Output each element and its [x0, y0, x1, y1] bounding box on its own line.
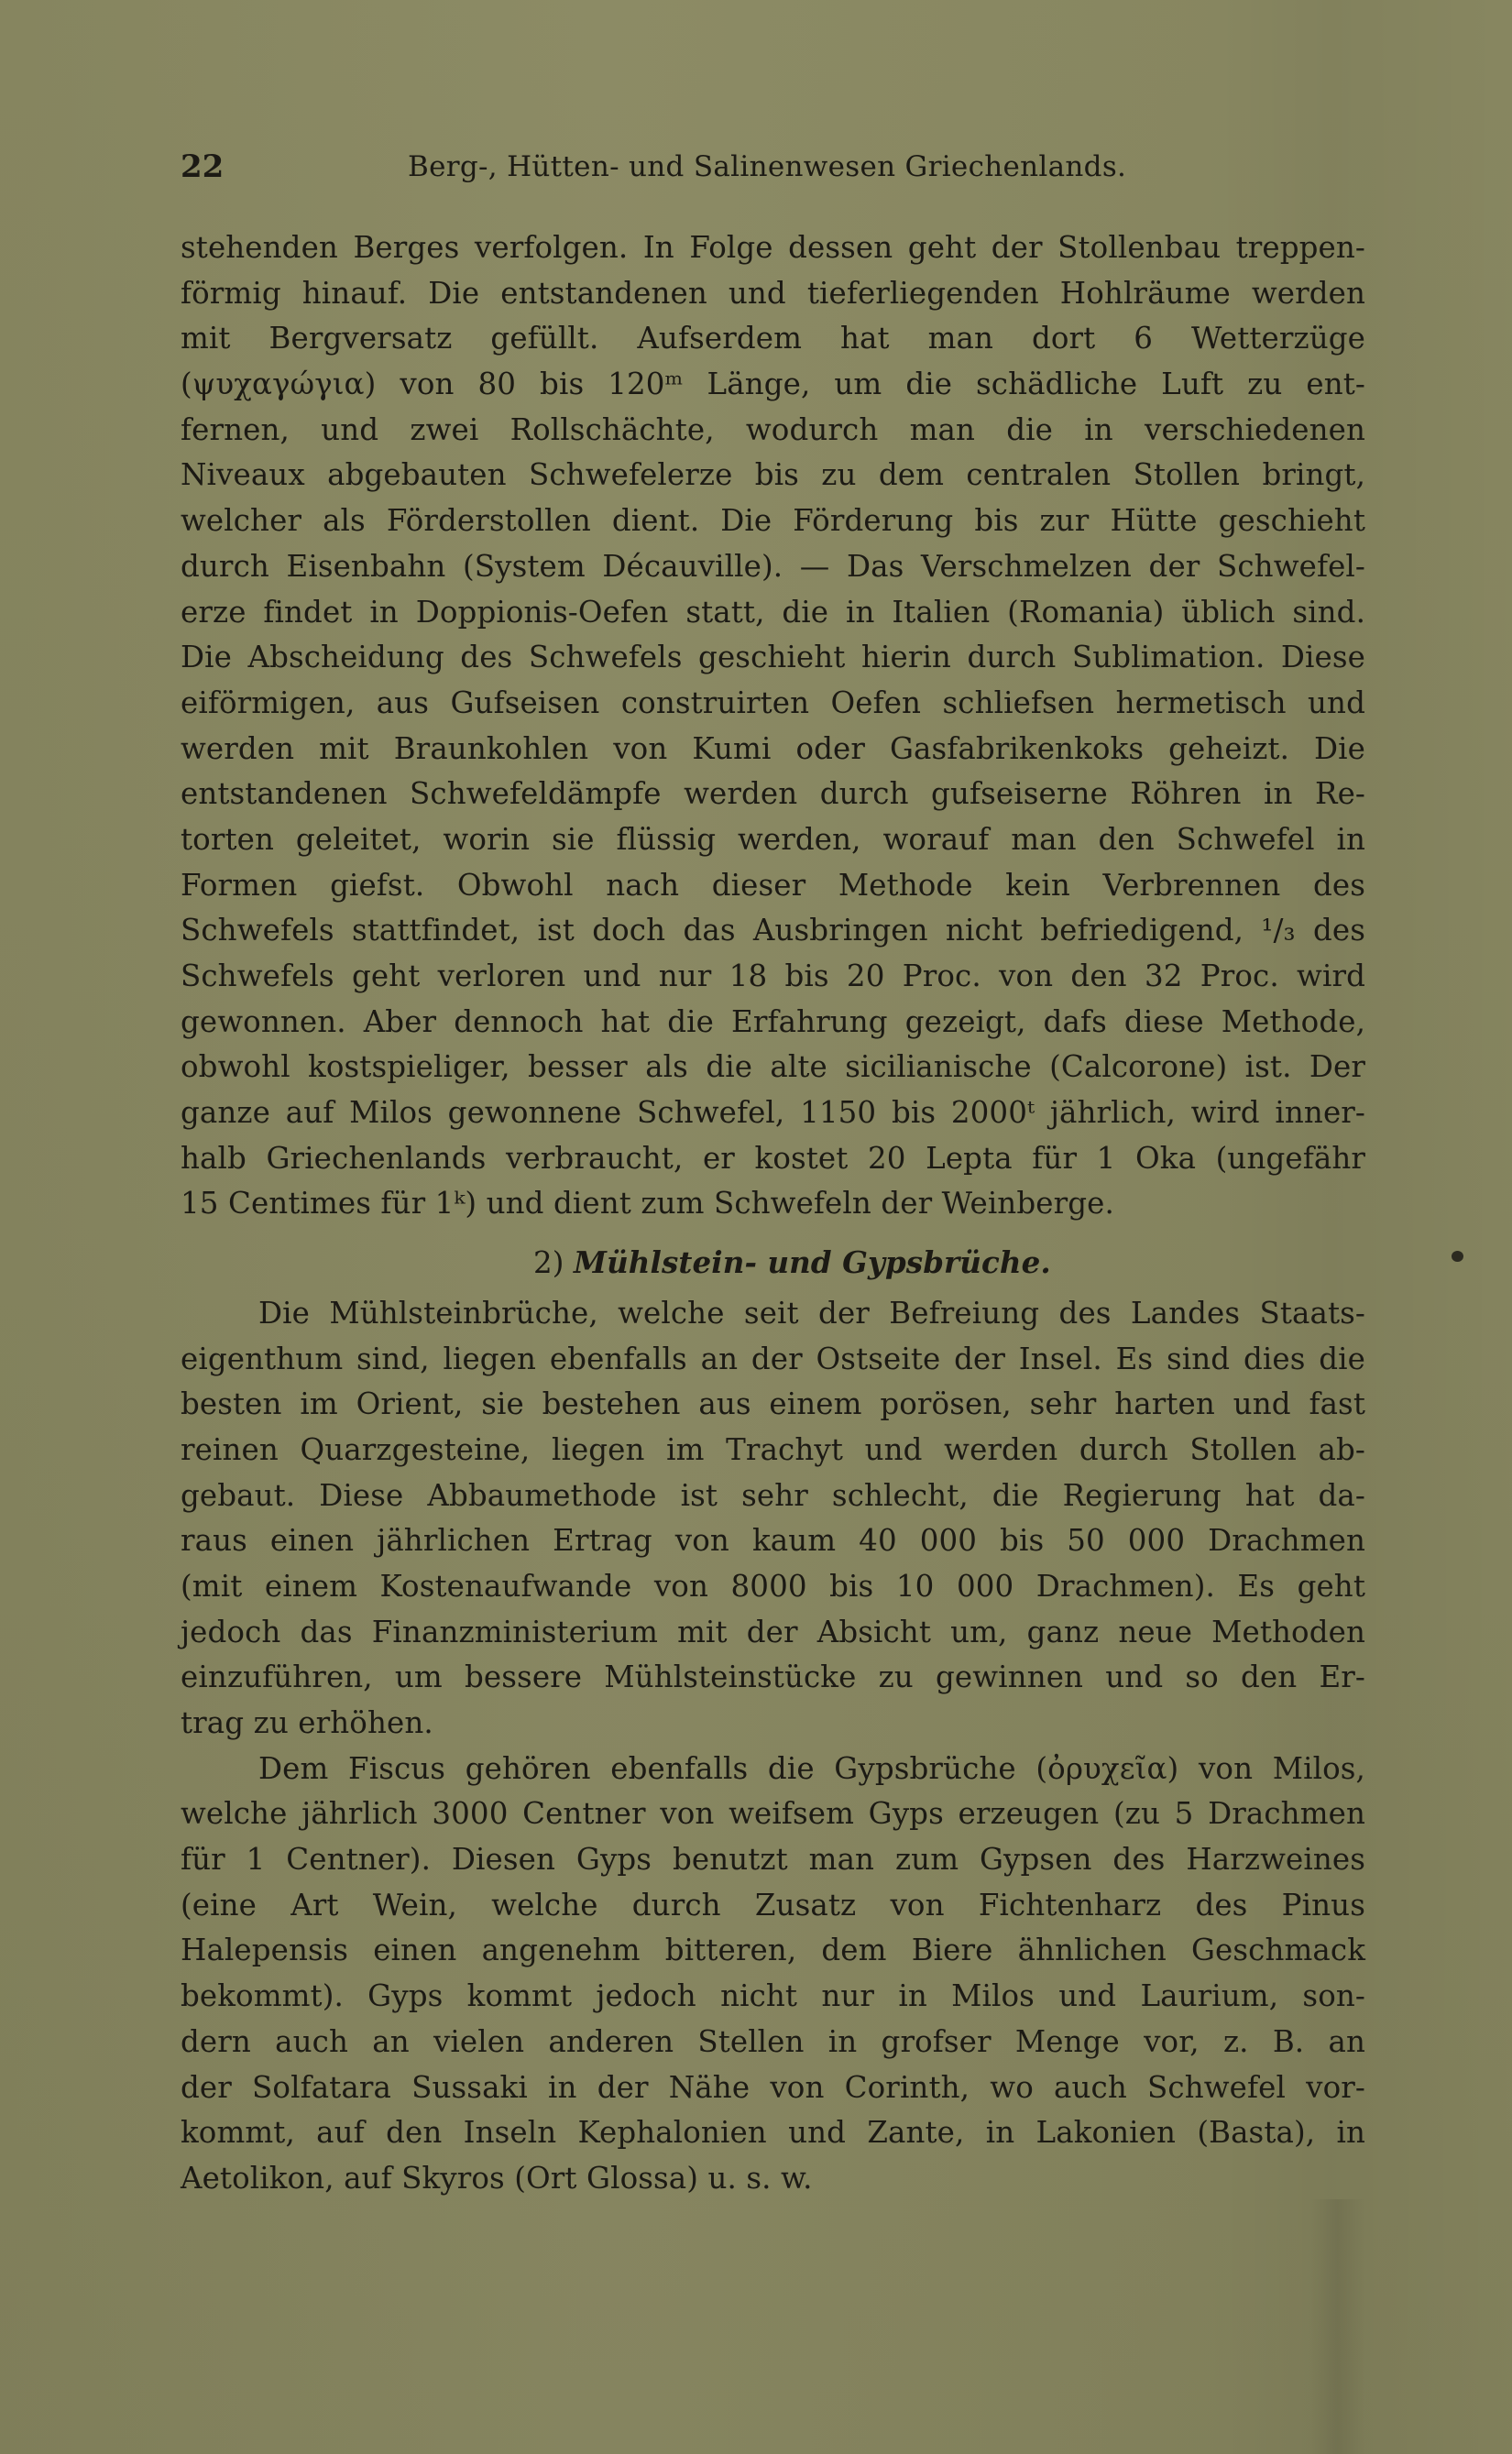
text-line: reinen Quarzgesteine, liegen im Trachyt …: [181, 1428, 1365, 1473]
section-title: Mühlstein- und Gypsbrüche.: [574, 1244, 1051, 1280]
text-line: gewonnen. Aber dennoch hat die Erfahrung…: [181, 1000, 1365, 1046]
text-line: eigenthum sind, liegen ebenfalls an der …: [181, 1337, 1365, 1383]
text-line: halb Griechenlands verbraucht, er kostet…: [181, 1136, 1365, 1182]
text-line: Aetolikon, auf Skyros (Ort Glossa) u. s.…: [181, 2156, 1365, 2202]
running-header: 22 Berg-, Hütten- und Salinenwesen Griec…: [181, 148, 1365, 194]
text-line: gebaut. Diese Abbaumethode ist sehr schl…: [181, 1473, 1365, 1519]
text-line: obwohl kostspieliger, besser als die alt…: [181, 1045, 1365, 1090]
paragraph-gypsum-quarries: Dem Fiscus gehören ebenfalls die Gypsbrü…: [181, 1747, 1365, 2202]
text-line: dern auch an vielen anderen Stellen in g…: [181, 2020, 1365, 2065]
text-line: (mit einem Kostenaufwande von 8000 bis 1…: [181, 1564, 1365, 1610]
paragraph-sulfur-mining: stehenden Berges verfolgen. In Folge des…: [181, 225, 1365, 1227]
section-number: 2): [533, 1245, 564, 1280]
page-number: 22: [181, 148, 224, 185]
text-line: (eine Art Wein, welche durch Zusatz von …: [181, 1883, 1365, 1929]
text-line: (ψυχαγώγια) von 80 bis 120ᵐ Länge, um di…: [181, 362, 1365, 408]
text-line: fernen, und zwei Rollschächte, wodurch m…: [181, 408, 1365, 454]
text-line: Schwefels geht verloren und nur 18 bis 2…: [181, 954, 1365, 1000]
text-line: welche jährlich 3000 Centner von weifsem…: [181, 1791, 1365, 1837]
text-line: durch Eisenbahn (System Décauville). — D…: [181, 544, 1365, 590]
text-line: Niveaux abgebauten Schwefelerze bis zu d…: [181, 453, 1365, 498]
text-line: werden mit Braunkohlen von Kumi oder Gas…: [181, 727, 1365, 772]
paragraph-millstone-quarries: Die Mühlsteinbrüche, welche seit der Bef…: [181, 1291, 1365, 1747]
running-title: Berg-, Hütten- und Salinenwesen Griechen…: [408, 150, 1126, 183]
paper-fold-shadow: [1310, 2199, 1365, 2454]
text-line: erze findet in Doppionis-Oefen statt, di…: [181, 590, 1365, 636]
text-line: der Solfatara Sussaki in der Nähe von Co…: [181, 2065, 1365, 2111]
text-line: Schwefels stattfindet, ist doch das Ausb…: [181, 908, 1365, 954]
text-line: trag zu erhöhen.: [181, 1701, 1365, 1747]
text-line: förmig hinauf. Die entstandenen und tief…: [181, 271, 1365, 317]
body-text: stehenden Berges verfolgen. In Folge des…: [181, 225, 1365, 2202]
text-line: Formen giefst. Obwohl nach dieser Method…: [181, 863, 1365, 909]
ink-spot-mark: [1452, 1251, 1463, 1262]
text-line: stehenden Berges verfolgen. In Folge des…: [181, 225, 1365, 271]
text-line: torten geleitet, worin sie flüssig werde…: [181, 817, 1365, 863]
text-line: mit Bergversatz gefüllt. Aufserdem hat m…: [181, 316, 1365, 362]
text-line: eiförmigen, aus Gufseisen construirten O…: [181, 681, 1365, 727]
text-line: einzuführen, um bessere Mühlsteinstücke …: [181, 1655, 1365, 1701]
text-line: welcher als Förderstollen dient. Die För…: [181, 498, 1365, 544]
text-line: für 1 Centner). Diesen Gyps benutzt man …: [181, 1837, 1365, 1883]
text-line: Halepensis einen angenehm bitteren, dem …: [181, 1928, 1365, 1974]
section-heading: 2) Mühlstein- und Gypsbrüche.: [181, 1240, 1365, 1286]
text-line: Die Abscheidung des Schwefels geschieht …: [181, 635, 1365, 681]
text-line: bekommt). Gyps kommt jedoch nicht nur in…: [181, 1974, 1365, 2020]
text-line: jedoch das Finanzministerium mit der Abs…: [181, 1610, 1365, 1656]
text-line: Dem Fiscus gehören ebenfalls die Gypsbrü…: [181, 1747, 1365, 1792]
text-line: ganze auf Milos gewonnene Schwefel, 1150…: [181, 1090, 1365, 1136]
text-line: Die Mühlsteinbrüche, welche seit der Bef…: [181, 1291, 1365, 1337]
text-line: kommt, auf den Inseln Kephalonien und Za…: [181, 2110, 1365, 2156]
text-line: raus einen jährlichen Ertrag von kaum 40…: [181, 1518, 1365, 1564]
text-line: besten im Orient, sie bestehen aus einem…: [181, 1382, 1365, 1428]
text-line: 15 Centimes für 1ᵏ) und dient zum Schwef…: [181, 1181, 1365, 1227]
text-line: entstandenen Schwefeldämpfe werden durch…: [181, 772, 1365, 817]
